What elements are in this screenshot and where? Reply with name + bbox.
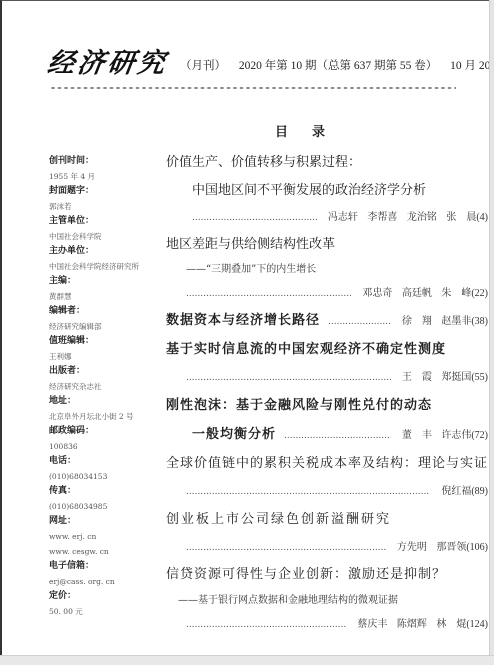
authors: 冯志轩 李帮喜 龙治铭 张 晨(4) <box>321 205 488 231</box>
supervisor-value: 中国社会科学院 <box>49 229 159 244</box>
price-label: 定价： <box>49 589 159 604</box>
page-number: (89) <box>471 486 488 497</box>
postcode-label: 邮政编码： <box>49 424 159 439</box>
masthead-sidebar: 创刊时间： 1955 年 4 月 封面题字： 郭沫若 主管单位： 中国社会科学院… <box>49 154 159 619</box>
toc-entry-byline: 冯志轩 李帮喜 龙治铭 张 晨(4) <box>166 205 488 231</box>
website-label: 网址： <box>49 514 159 529</box>
leader-dots <box>186 365 391 391</box>
toc-entry-byline: 王 霞 郑挺国(55) <box>166 365 488 391</box>
authors: 徐 翔 赵墨非(38) <box>395 308 488 336</box>
leader-dots <box>284 422 391 450</box>
leader-dots <box>328 308 391 336</box>
address-label: 地址： <box>49 394 159 409</box>
email-value[interactable]: erj@cass. org. cn <box>49 574 159 589</box>
toc-entry[interactable]: 数据资本与经济增长路径 徐 翔 赵墨非(38) <box>166 307 488 335</box>
journal-masthead: 经济研究 <box>45 41 170 80</box>
leader-dots <box>186 535 386 561</box>
publisher-value: 经济研究杂志社 <box>49 379 159 394</box>
page-number: (106) <box>466 542 488 553</box>
toc-entry-byline: 邓忠奇 高廷帆 朱 峰(22) <box>166 281 488 307</box>
authors: 董 丰 许志伟(72) <box>395 422 488 450</box>
authors: 倪红福(89) <box>434 479 488 505</box>
phone-value: (010)68034153 <box>49 469 159 484</box>
fax-value: (010)68034985 <box>49 499 159 514</box>
toc-entry-title[interactable]: 地区差距与供给侧结构性改革 <box>166 231 488 259</box>
cover-calligraphy-label: 封面题字： <box>49 184 159 199</box>
toc-entry-title[interactable]: 价值生产、价值转移与积累过程： <box>166 149 488 177</box>
page-number: (22) <box>471 288 488 299</box>
toc-entry-byline: 蔡庆丰 陈熠辉 林 焜(124) <box>166 613 488 637</box>
toc-entry-subtitle[interactable]: ——基于银行网点数据和金融地理结构的微观证据 <box>166 589 488 613</box>
toc-entry-byline: 倪红福(89) <box>166 479 488 505</box>
fax-label: 传真： <box>49 484 159 499</box>
leader-dots <box>192 205 317 231</box>
page-bottom-edge <box>0 655 494 665</box>
postcode-value: 100836 <box>49 439 159 454</box>
page-number: (124) <box>466 619 488 630</box>
editor-in-chief-value: 黄群慧 <box>49 289 159 304</box>
table-of-contents: 价值生产、价值转移与积累过程： 中国地区间不平衡发展的政治经济学分析 冯志轩 李… <box>166 149 488 637</box>
toc-entry-title[interactable]: 数据资本与经济增长路径 <box>166 307 320 335</box>
cover-calligraphy-value: 郭沫若 <box>49 199 159 214</box>
leader-dots <box>186 281 351 307</box>
founded-value: 1955 年 4 月 <box>49 169 159 184</box>
page-number: (55) <box>471 372 488 383</box>
price-value: 50. 00 元 <box>49 604 159 619</box>
authors: 方先明 那晋领(106) <box>390 535 488 561</box>
toc-entry-continuation[interactable]: 一般均衡分析 董 丰 许志伟(72) <box>166 421 488 449</box>
toc-entry-subtitle[interactable]: 一般均衡分析 <box>192 421 276 449</box>
duty-editor-label: 值班编辑： <box>49 334 159 349</box>
page-number: (4) <box>476 212 488 223</box>
founded-label: 创刊时间： <box>49 154 159 169</box>
toc-entry-byline: 方先明 那晋领(106) <box>166 535 488 561</box>
publisher-label: 出版者： <box>49 364 159 379</box>
toc-entry-title[interactable]: 基于实时信息流的中国宏观经济不确定性测度 <box>166 335 488 365</box>
editor-value: 经济研究编辑部 <box>49 319 159 334</box>
journal-toc-page: 经济研究 （月刊） 2020 年第 10 期（总第 637 期第 55 卷） 1… <box>0 0 491 656</box>
page-right-edge <box>489 0 494 665</box>
editor-label: 编辑者： <box>49 304 159 319</box>
phone-label: 电话： <box>49 454 159 469</box>
sponsor-value: 中国社会科学院经济研究所 <box>49 259 159 274</box>
toc-entry-subtitle[interactable]: 中国地区间不平衡发展的政治经济学分析 <box>166 177 488 205</box>
email-label: 电子信箱： <box>49 559 159 574</box>
page-number: (72) <box>471 430 488 441</box>
leader-dots <box>186 613 346 637</box>
editor-in-chief-label: 主编： <box>49 274 159 289</box>
website-value-2[interactable]: www. cesgw. cn <box>49 544 159 559</box>
toc-entry-title[interactable]: 创业板上市公司绿色创新溢酬研究 <box>166 505 488 535</box>
sponsor-label: 主办单位： <box>49 244 159 259</box>
authors: 蔡庆丰 陈熠辉 林 焜(124) <box>350 613 488 637</box>
issue-info: （月刊） 2020 年第 10 期（总第 637 期第 55 卷） 10 月 2… <box>180 57 494 73</box>
toc-entry-subtitle[interactable]: ——“三期叠加”下的内生增长 <box>166 259 488 281</box>
supervisor-label: 主管单位： <box>49 214 159 229</box>
frequency: （月刊） <box>180 60 226 72</box>
page-number: (38) <box>471 316 488 327</box>
authors: 邓忠奇 高廷帆 朱 峰(22) <box>355 281 488 307</box>
toc-entry-title[interactable]: 刚性泡沫：基于金融风险与刚性兑付的动态 <box>166 391 488 421</box>
toc-entry-title[interactable]: 信贷资源可得性与企业创新：激励还是抑制？ <box>166 561 488 589</box>
toc-title: 目录 <box>275 121 349 140</box>
publish-date: 10 月 20 日出版 <box>450 60 494 72</box>
duty-editor-value: 王利娜 <box>49 349 159 364</box>
decorative-divider <box>50 85 456 91</box>
issue-number: 2020 年第 10 期（总第 637 期第 55 卷） <box>239 60 437 72</box>
website-value-1[interactable]: www. erj. cn <box>49 529 159 544</box>
authors: 王 霞 郑挺国(55) <box>395 365 488 391</box>
address-value: 北京阜外月坛北小街 2 号 <box>49 409 159 424</box>
leader-dots <box>186 479 430 505</box>
toc-entry-title[interactable]: 全球价值链中的累积关税成本率及结构：理论与实证 <box>166 449 488 479</box>
